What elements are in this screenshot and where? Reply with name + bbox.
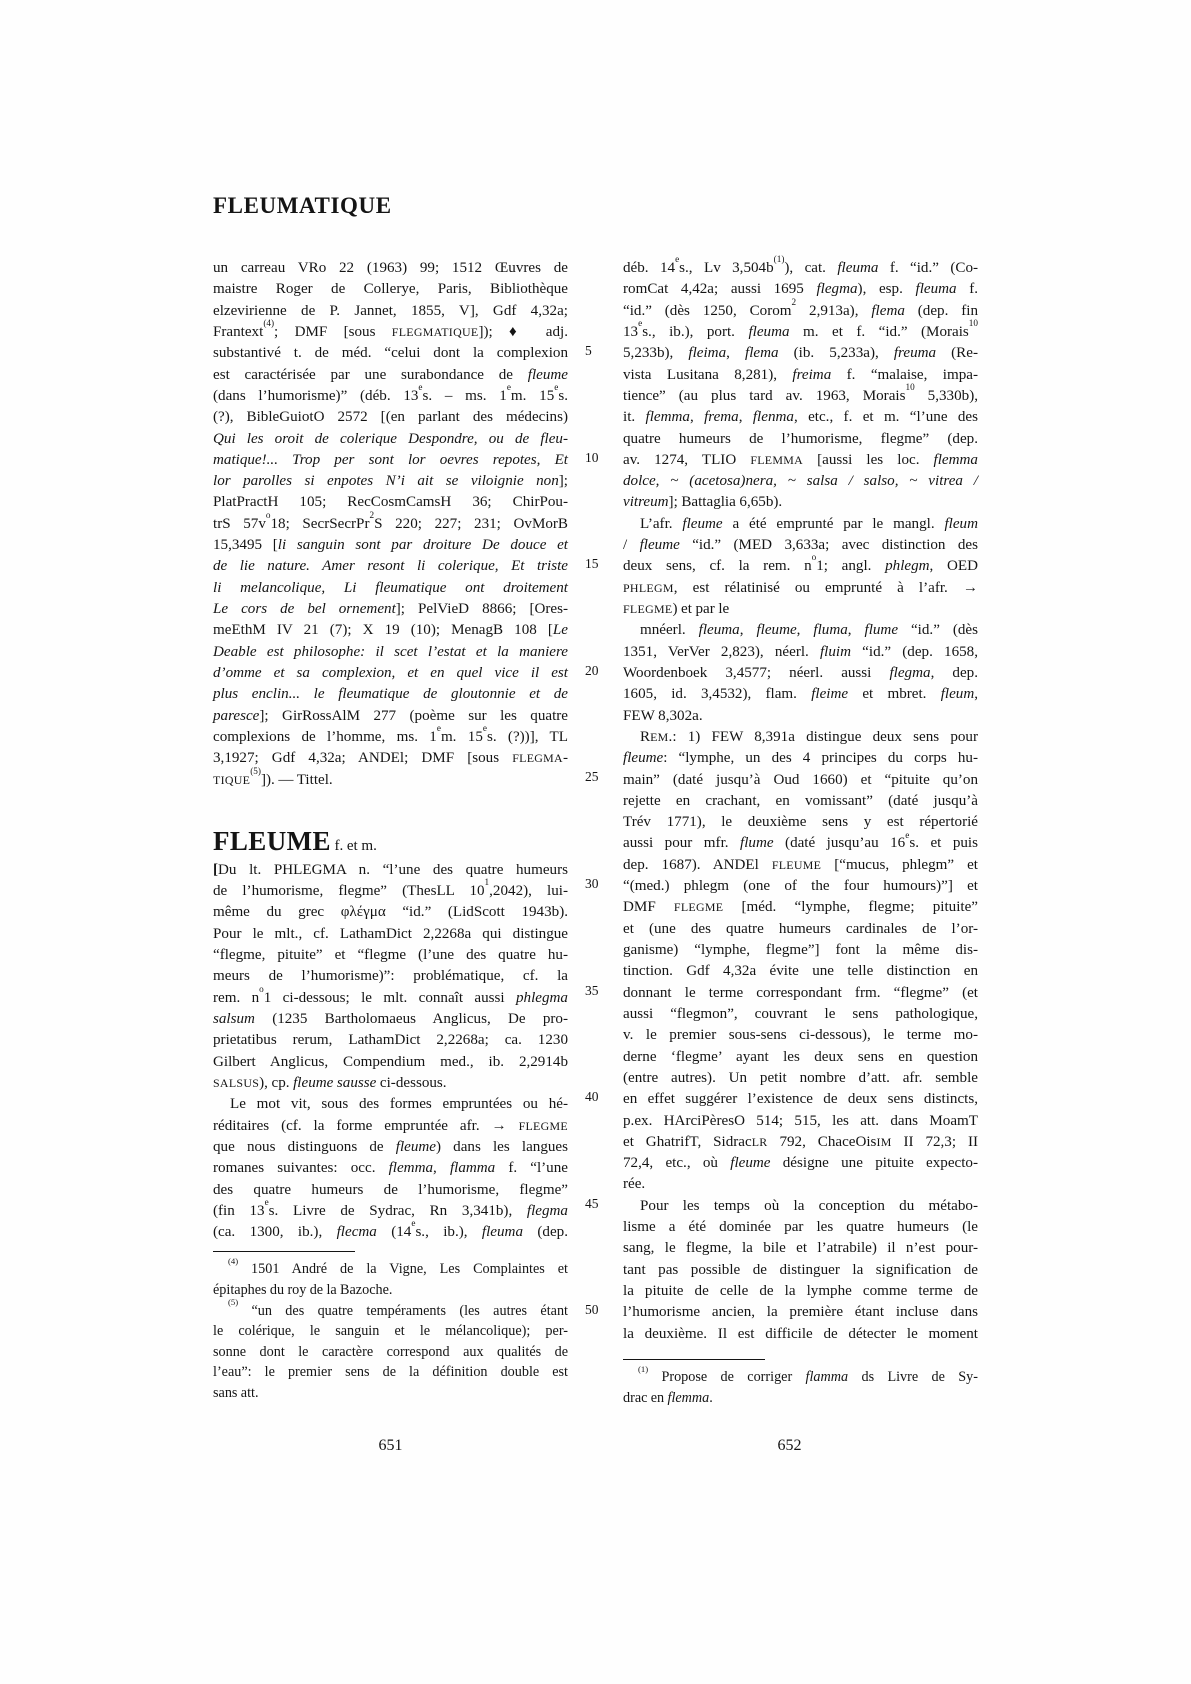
text-line: Frantext(4); DMF [sous FLEGMATIQUE]); ♦ … xyxy=(213,322,568,343)
text-line: maistre Roger de Collerye, Paris, Biblio… xyxy=(213,279,568,300)
gutter-line-number: 40 xyxy=(585,1089,621,1105)
text-line: FEW 8,302a. xyxy=(623,706,978,727)
text-line: romCat 4,42a; aussi 1695 flegma), esp. f… xyxy=(623,279,978,300)
dictionary-page: FLEUMATIQUE un carreau VRo 22 (1963) 99;… xyxy=(0,0,1191,1684)
text-line: lisme a été dominée par les quatre humeu… xyxy=(623,1217,978,1238)
gutter-line-number: 30 xyxy=(585,876,621,892)
text-line: meEthM IV 21 (7); X 19 (10); MenagB 108 … xyxy=(213,620,568,641)
text-line: vitreum]; Battaglia 6,65b). xyxy=(623,492,978,513)
running-head: FLEUMATIQUE xyxy=(213,193,392,219)
footnote-line: drac en flemma. xyxy=(623,1388,978,1409)
text-line: tant pas possible de distinguer la signi… xyxy=(623,1260,978,1281)
text-line: romanes suivantes: occ. flemma, flamma f… xyxy=(213,1158,568,1179)
text-line: de l’humorisme, flegme” (ThesLL 101,2042… xyxy=(213,881,568,902)
entry-headword: FLEUME xyxy=(213,826,331,856)
text-line: paresce]; GirRossAlM 277 (poème sur les … xyxy=(213,706,568,727)
footnote-line: le colérique, le sanguin et le mélancoli… xyxy=(213,1321,568,1342)
text-line: trS 57vo18; SecrSecrPr2S 220; 227; 231; … xyxy=(213,514,568,535)
text-line: même du grec φλέγμα “id.” (LidScott 1943… xyxy=(213,902,568,923)
text-line: un carreau VRo 22 (1963) 99; 1512 Œuvres… xyxy=(213,258,568,279)
text-line: it. flemma, frema, flenma, etc., f. et m… xyxy=(623,407,978,428)
text-line: derne ‘flegme’ ayant les deux sens en qu… xyxy=(623,1047,978,1068)
text-line: 3,1927; Gdf 4,32a; ANDEl; DMF [sous FLEG… xyxy=(213,748,568,769)
text-line: quatre humeurs de l’humorisme, flegme” (… xyxy=(623,429,978,450)
footnote-line: l’eau”: le premier sens de la définition… xyxy=(213,1362,568,1383)
text-line: 15,3495 [li sanguin sont par droiture De… xyxy=(213,535,568,556)
text-line: PHLEGM, est rélatinisé ou emprunté à l’a… xyxy=(623,578,978,599)
text-line: “(med.) phlegm (one of the four humours)… xyxy=(623,876,978,897)
text-line: d’omme et sa complexion, et en quel vice… xyxy=(213,663,568,684)
footnote-rule xyxy=(213,1251,355,1252)
text-line: li melancolique, Li fleumatique ont droi… xyxy=(213,578,568,599)
text-line: rée. xyxy=(623,1174,978,1195)
text-line: l’humorisme ancien, la première étant in… xyxy=(623,1302,978,1323)
gutter-line-number: 10 xyxy=(585,450,621,466)
text-line: 1605, id. 3,4532), flam. fleime et mbret… xyxy=(623,684,978,705)
text-line: tinction. Gdf 4,32a évite une telle dist… xyxy=(623,961,978,982)
text-line: Pour le mlt., cf. LathamDict 2,2268a qui… xyxy=(213,924,568,945)
footnote-rule xyxy=(623,1359,765,1360)
text-line: main” (daté jusqu’à Oud 1660) et “pituit… xyxy=(623,770,978,791)
text-line: (?), BibleGuiotO 2572 [(en parlant des m… xyxy=(213,407,568,428)
left-footnotes: (4) 1501 André de la Vigne, Les Complain… xyxy=(213,1259,568,1403)
text-line: lor parolles si enpotes N’i ait se viloi… xyxy=(213,471,568,492)
text-line: deux sens, cf. la rem. no1; angl. phlegm… xyxy=(623,556,978,577)
text-line: la deuxième. Il est difficile de détecte… xyxy=(623,1324,978,1345)
gutter-line-number: 45 xyxy=(585,1196,621,1212)
fleume-entry-body: [Du lt. PHLEGMA n. “l’une des quatre hum… xyxy=(213,860,568,1244)
text-line: Woordenboek 3,4577; néerl. aussi flegma,… xyxy=(623,663,978,684)
text-line: Deable est philosophe: il scet l’estat e… xyxy=(213,642,568,663)
gutter-line-number: 15 xyxy=(585,556,621,572)
text-line: ganisme) “lymphe, flegme”] font la même … xyxy=(623,940,978,961)
text-line: matique!... Trop per sont lor oevres rep… xyxy=(213,450,568,471)
text-line: déb. 14es., Lv 3,504b(1)), cat. fleuma f… xyxy=(623,258,978,279)
footnote-line: (1) Propose de corriger flamma ds Livre … xyxy=(623,1367,978,1388)
text-line: et GhatrifT, SidracLR 792, ChaceOisIM II… xyxy=(623,1132,978,1153)
text-line: [Du lt. PHLEGMA n. “l’une des quatre hum… xyxy=(213,860,568,881)
text-line: (fin 13es. Livre de Sydrac, Rn 3,341b), … xyxy=(213,1201,568,1222)
text-line: donnant le terme correspondant frm. “fle… xyxy=(623,983,978,1004)
text-line: Le cors de bel ornement]; PelVieD 8866; … xyxy=(213,599,568,620)
text-line: Le mot vit, sous des formes empruntées o… xyxy=(213,1094,568,1115)
text-line: L’afr. fleume a été emprunté par le mang… xyxy=(623,514,978,535)
footnote-line: sonne dont le caractère correspond aux q… xyxy=(213,1342,568,1363)
text-line: (ca. 1300, ib.), flecma (14es., ib.), fl… xyxy=(213,1222,568,1243)
footnote-line: (4) 1501 André de la Vigne, Les Complain… xyxy=(213,1259,568,1280)
text-line: rem. no1 ci-dessous; le mlt. connaît aus… xyxy=(213,988,568,1009)
text-line: complexions de l’homme, ms. 1em. 15es. (… xyxy=(213,727,568,748)
text-line: FLEGME) et par le xyxy=(623,599,978,620)
text-line: plus enclin... le fleumatique de glouton… xyxy=(213,684,568,705)
text-line: “flegme, pituite” et “flegme (l’une des … xyxy=(213,945,568,966)
text-line: 5,233b), fleima, flema (ib. 5,233a), fre… xyxy=(623,343,978,364)
text-line: substantivé t. de méd. “celui dont la co… xyxy=(213,343,568,364)
text-line: rejette en crachant, en vomissant” (daté… xyxy=(623,791,978,812)
text-line: en effet suggérer l’existence de deux se… xyxy=(623,1089,978,1110)
text-line: aussi pour mfr. flume (daté jusqu’au 16e… xyxy=(623,833,978,854)
text-line: 13es., ib.), port. fleuma m. et f. “id.”… xyxy=(623,322,978,343)
text-line: dep. 1687). ANDEl FLEUME [“mucus, phlegm… xyxy=(623,855,978,876)
gutter-line-number: 50 xyxy=(585,1302,621,1318)
page-number-right: 652 xyxy=(612,1437,967,1455)
text-line: Qui les oroit de colerique Despondre, ou… xyxy=(213,429,568,450)
text-line: 1351, VerVer 2,823), néerl. fluim “id.” … xyxy=(623,642,978,663)
left-column: un carreau VRo 22 (1963) 99; 1512 Œuvres… xyxy=(213,258,568,1404)
footnote-line: épitaphes du roy de la Bazoche. xyxy=(213,1280,568,1301)
gutter-line-number: 5 xyxy=(585,343,621,359)
gutter-line-number: 35 xyxy=(585,983,621,999)
entry-part-of-speech: f. et m. xyxy=(334,838,376,854)
text-line: fleume: “lymphe, un des 4 principes du c… xyxy=(623,748,978,769)
text-line: dolce, ~ (acetosa)nera, ~ salsa / salso,… xyxy=(623,471,978,492)
text-line: sang, le flegme, la bile et l’atrabile) … xyxy=(623,1238,978,1259)
text-line: vista Lusitana 8,281), freima f. “malais… xyxy=(623,365,978,386)
text-line: est caractérisée par une surabondance de… xyxy=(213,365,568,386)
text-line: p.ex. HArciPèresO 514; 515, les att. dan… xyxy=(623,1111,978,1132)
text-line: meurs de l’humorisme)”: problématique, c… xyxy=(213,966,568,987)
entry-heading: FLEUME f. et m. xyxy=(213,826,568,860)
text-line: et (une des quatre humeurs cardinales de… xyxy=(623,919,978,940)
text-line: (entre autres). Un petit nombre d’att. a… xyxy=(623,1068,978,1089)
text-line: SALSUS), cp. fleume sausse ci-dessous. xyxy=(213,1073,568,1094)
text-line: Gilbert Anglicus, Compendium med., ib. 2… xyxy=(213,1052,568,1073)
footnote-line: (5) “un des quatre tempéraments (les aut… xyxy=(213,1301,568,1322)
fleume-entry-body-continued: déb. 14es., Lv 3,504b(1)), cat. fleuma f… xyxy=(623,258,978,1345)
page-number-left: 651 xyxy=(213,1437,568,1455)
text-line: TIQUE(5)]). — Tittel. xyxy=(213,770,568,791)
gutter-line-number: 25 xyxy=(585,769,621,785)
text-line: tience” (au plus tard av. 1963, Morais10… xyxy=(623,386,978,407)
text-line: salsum (1235 Bartholomaeus Anglicus, De … xyxy=(213,1009,568,1030)
text-line: REM.: 1) FEW 8,391a distingue deux sens … xyxy=(623,727,978,748)
text-line: 72,4, etc., où fleume désigne une pituit… xyxy=(623,1153,978,1174)
text-line: réditaires (cf. la forme empruntée afr. … xyxy=(213,1116,568,1137)
text-line: la pituite de celle de la lymphe comme t… xyxy=(623,1281,978,1302)
footnote-line: sans att. xyxy=(213,1383,568,1404)
fleumatique-continuation: un carreau VRo 22 (1963) 99; 1512 Œuvres… xyxy=(213,258,568,791)
text-line: “id.” (dès 1250, Corom2 2,913a), flema (… xyxy=(623,301,978,322)
text-line: DMF FLEGME [méd. “lymphe, flegme; pituit… xyxy=(623,897,978,918)
text-line: mnéerl. fleuma, fleume, fluma, flume “id… xyxy=(623,620,978,641)
text-line: v. le premier sous-sens ci-dessous), le … xyxy=(623,1025,978,1046)
text-line: (dans l’humorisme)” (déb. 13es. – ms. 1e… xyxy=(213,386,568,407)
text-line: av. 1274, TLIO FLEMMA [aussi les loc. fl… xyxy=(623,450,978,471)
right-footnotes: (1) Propose de corriger flamma ds Livre … xyxy=(623,1367,978,1408)
text-line: / fleume “id.” (MED 3,633a; avec distinc… xyxy=(623,535,978,556)
text-line: que nous distinguons de fleume) dans les… xyxy=(213,1137,568,1158)
gutter-line-number: 20 xyxy=(585,663,621,679)
text-line: aussi “flegmon”, couvrant le sens pathol… xyxy=(623,1004,978,1025)
text-line: de lie nature. Amer resont li colerique,… xyxy=(213,556,568,577)
text-line: Pour les temps où la conception du métab… xyxy=(623,1196,978,1217)
right-column: déb. 14es., Lv 3,504b(1)), cat. fleuma f… xyxy=(623,258,978,1408)
text-line: prietatibus rerum, LathamDict 2,2268a; c… xyxy=(213,1030,568,1051)
text-line: Trév 1771), le deuxième sens y est réper… xyxy=(623,812,978,833)
